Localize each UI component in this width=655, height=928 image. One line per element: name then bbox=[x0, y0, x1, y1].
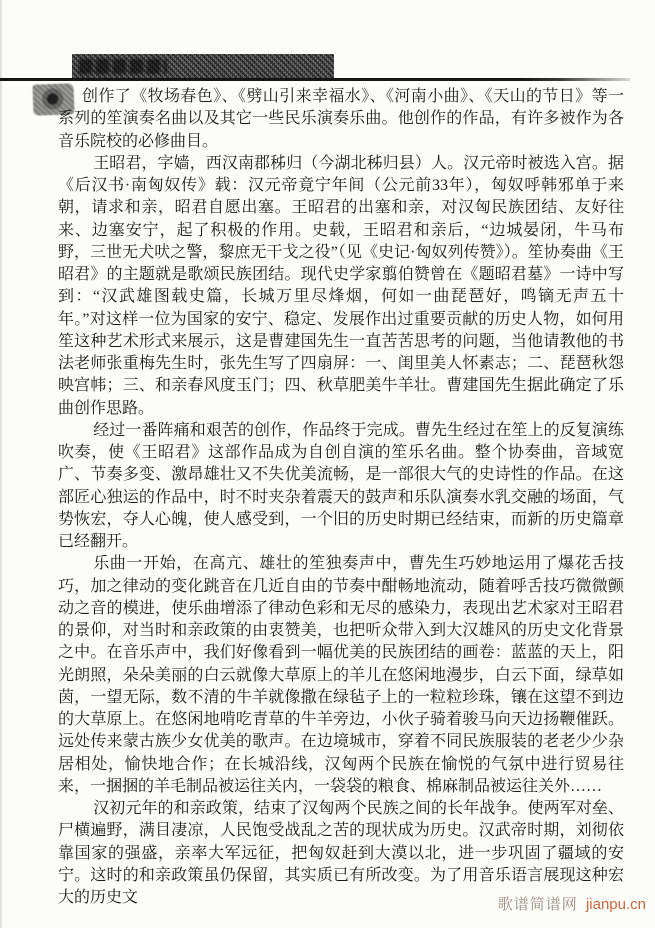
scan-edge-shadow bbox=[0, 0, 3, 928]
body-paragraph: 创作了《牧场春色》、《劈山引来幸福水》、《河南小曲》、《天山的节日》等一系列的笙… bbox=[58, 86, 624, 153]
scanned-page: 创作了《牧场春色》、《劈山引来幸福水》、《河南小曲》、《天山的节日》等一系列的笙… bbox=[0, 0, 655, 928]
header-rule bbox=[0, 78, 630, 81]
body-paragraph: 乐曲一开始，在高亢、雄壮的笙独奏声中，曹先生巧妙地运用了爆花舌技巧，加之律动的变… bbox=[58, 553, 624, 798]
body-paragraph: 经过一番阵痛和艰苦的创作，作品终于完成。曹先生经过在笙上的反复演练吹奏，使《王昭… bbox=[58, 420, 624, 554]
watermark-site-name: 歌谱简谱网 bbox=[498, 896, 578, 913]
page-body: 创作了《牧场春色》、《劈山引来幸福水》、《河南小曲》、《天山的节日》等一系列的笙… bbox=[58, 86, 624, 909]
illegible-running-head-text bbox=[79, 59, 167, 74]
watermark-site-url: jianpu.cn bbox=[586, 896, 646, 913]
watermark: 歌谱简谱网 jianpu.cn bbox=[498, 893, 646, 914]
body-paragraph: 王昭君，字嫱，西汉南郡秭归（今湖北秭归县）人。汉元帝时被选入宫。据《后汉书·南匈… bbox=[58, 153, 624, 420]
running-head-banner bbox=[72, 54, 334, 79]
